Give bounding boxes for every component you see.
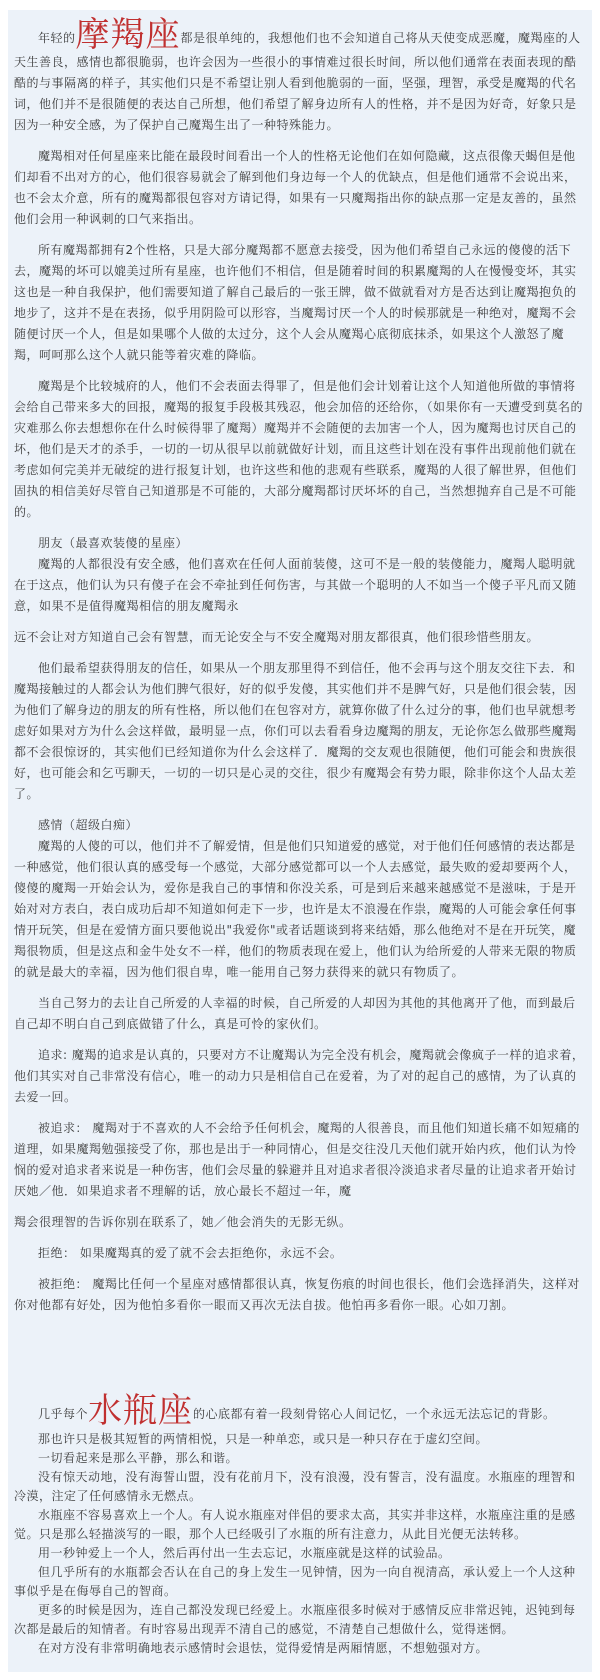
capricorn-title: 摩羯座 [76, 15, 181, 55]
paragraph: 所有魔羯都拥有2个性格，只是大部分魔羯都不愿意去接受，因为他们希望自己永远的傻傻… [14, 240, 586, 366]
paragraph: 魔羯是个比较城府的人，他们不会表面去得罪了，但是他们会计划着让这个人知道他所做的… [14, 376, 586, 523]
paragraph: 用一秒钟爱上一个人，然后再付出一生去忘记，水瓶座就是这样的试验品。 [14, 1544, 586, 1563]
paragraph: 魔羯相对任何星座来比能在最段时间看出一个人的性格无论他们在如何隐藏，这点很像天蝎… [14, 146, 586, 230]
friends-section-heading: 朋友（最喜欢装傻的星座） [14, 533, 586, 554]
paragraph: 但几乎所有的水瓶都会否认在自己的身上发生一见钟情，因为一向自视清高，承认爱上一个… [14, 1563, 586, 1601]
aquarius-intro-rest: 的心底都有着一段刻骨铭心人间记忆，一个永远无法忘记的背影。 [193, 1407, 556, 1421]
paragraph: 拒绝： 如果魔羯真的爱了就不会去拒绝你，永远不会。 [14, 1243, 586, 1264]
love-section-heading: 感情（超级白痴） [14, 815, 586, 836]
article-body: 年轻的摩羯座都是很单纯的，我想他们也不会知道自己将从天使变成恶魔，魔羯座的人天生… [8, 10, 592, 1672]
aquarius-section: 几乎每个水瓶座的心底都有着一段刻骨铭心人间记忆，一个永远无法忘记的背影。 那也许… [14, 1394, 586, 1658]
capricorn-section: 年轻的摩羯座都是很单纯的，我想他们也不会知道自己将从天使变成恶魔，魔羯座的人天生… [14, 18, 586, 1316]
paragraph: 被拒绝： 魔羯比任何一个星座对感情都很认真，恢复伤痕的时间也很长，他们会选择消失… [14, 1274, 586, 1316]
aquarius-title: 水瓶座 [88, 1391, 193, 1431]
paragraph: 一切看起来是那么平静，那么和谐。 [14, 1449, 586, 1468]
paragraph: 被追求： 魔羯对于不喜欢的人不会给予任何机会，魔羯的人很善良，而且他们知道长痛不… [14, 1118, 586, 1202]
paragraph: 追求: 魔羯的追求是认真的，只要对方不让魔羯认为完全没有机会，魔羯就会像疯子一样… [14, 1045, 586, 1108]
paragraph: 远不会让对方知道自己会有智慧，而无论安全与不安全魔羯对朋友都很真，他们很珍惜些朋… [14, 627, 586, 648]
aquarius-intro-paragraph: 几乎每个水瓶座的心底都有着一段刻骨铭心人间记忆，一个永远无法忘记的背影。 [14, 1394, 586, 1428]
paragraph: 那也许只是极其短暂的两情相悦，只是一种单恋，或只是一种只存在于虚幻空间。 [14, 1430, 586, 1449]
paragraph: 羯会很理智的告诉你别在联系了，她／他会消失的无影无纵。 [14, 1212, 586, 1233]
paragraph: 他们最希望获得朋友的信任，如果从一个朋友那里得不到信任，他不会再与这个朋友交往下… [14, 658, 586, 805]
capricorn-intro-prefix: 年轻的 [38, 31, 76, 45]
paragraph: 魔羯的人都很没有安全感，他们喜欢在任何人面前装傻，这可不是一般的装傻能力，魔羯人… [14, 554, 586, 617]
aquarius-intro-prefix: 几乎每个 [38, 1407, 88, 1421]
capricorn-intro-paragraph: 年轻的摩羯座都是很单纯的，我想他们也不会知道自己将从天使变成恶魔，魔羯座的人天生… [14, 18, 586, 136]
paragraph: 更多的时候是因为，连自己都没发现已经爱上。水瓶座很多时候对于感情反应非常迟钝，迟… [14, 1601, 586, 1639]
page: 年轻的摩羯座都是很单纯的，我想他们也不会知道自己将从天使变成恶魔，魔羯座的人天生… [0, 0, 600, 1680]
paragraph: 魔羯的人傻的可以，他们并不了解爱情，但是他们只知道爱的感觉，对于他们任何感情的表… [14, 836, 586, 983]
paragraph: 在对方没有非常明确地表示感情时会退怯，觉得爱情是两厢情愿，不想勉强对方。 [14, 1639, 586, 1658]
paragraph: 当自己努力的去让自己所爱的人幸福的时候，自己所爱的人却因为其他的其他离开了他，而… [14, 993, 586, 1035]
paragraph: 水瓶座不容易喜欢上一个人。有人说水瓶座对伴侣的要求太高，其实并非这样，水瓶座注重… [14, 1506, 586, 1544]
paragraph: 没有惊天动地，没有海誓山盟，没有花前月下，没有浪漫，没有誓言，没有温度。水瓶座的… [14, 1468, 586, 1506]
